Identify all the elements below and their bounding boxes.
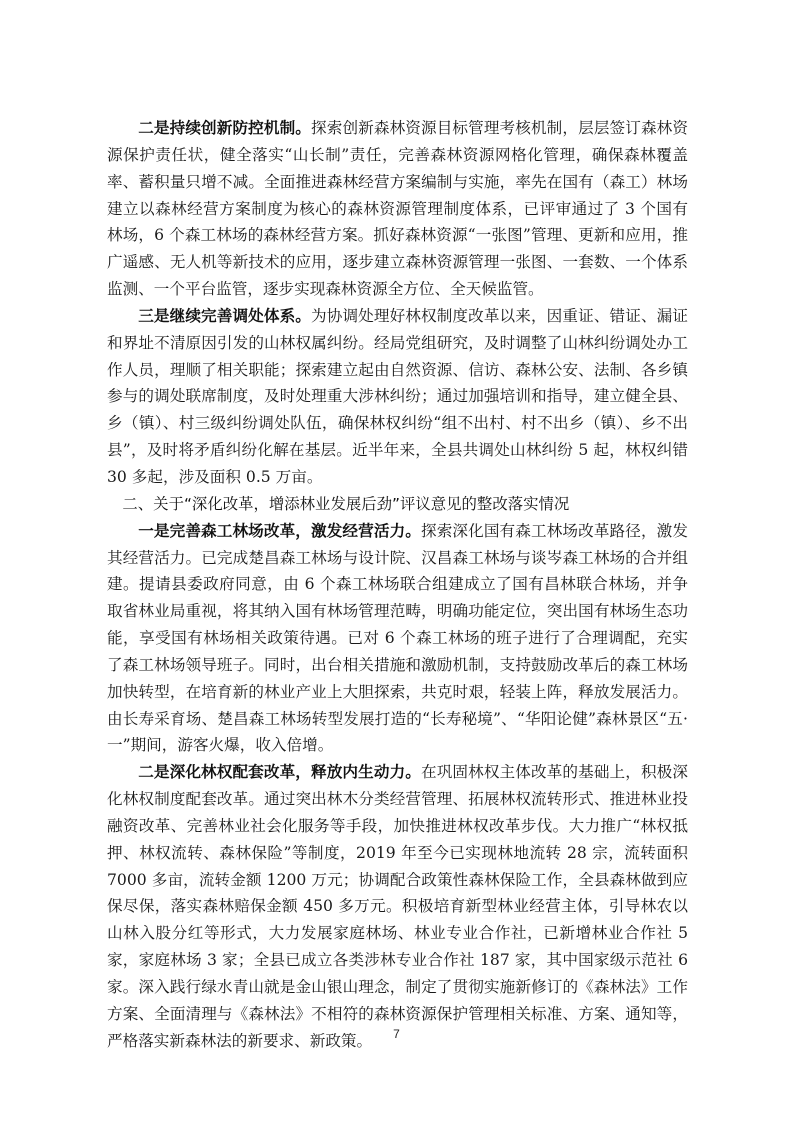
paragraph-forest-farm-reform: 一是完善森工林场改革，激发经营活力。探索深化国有森工林场改革路径，激发其经营活力… xyxy=(107,518,688,760)
paragraph-lead: 二是持续创新防控机制。 xyxy=(138,118,311,137)
paragraph-body: 在巩固林权主体改革的基础上，积极深化林权制度配套改革。通过突出林木分类经营管理、… xyxy=(107,763,688,1049)
paragraph-innovate-prevention: 二是持续创新防控机制。探索创新森林资源目标管理考核机制，层层签订森林资源保护责任… xyxy=(107,115,688,303)
section-heading: 二、关于“深化改革，增添林业发展后劲”评议意见的整改落实情况 xyxy=(107,491,688,518)
paragraph-lead: 一是完善森工林场改革，激发经营活力。 xyxy=(138,521,421,540)
paragraph-body: 为协调处理好林权制度改革以来，因重证、错证、漏证和界址不清原因引发的山林权属纠纷… xyxy=(107,307,688,486)
paragraph-forest-rights-reform: 二是深化林权配套改革，释放内生动力。在巩固林权主体改革的基础上，积极深化林权制度… xyxy=(107,759,688,1054)
paragraph-body: 探索创新森林资源目标管理考核机制，层层签订森林资源保护责任状，健全落实“山长制”… xyxy=(107,119,688,298)
paragraph-lead: 二是深化林权配套改革，释放内生动力。 xyxy=(138,762,421,781)
page-number: 7 xyxy=(0,1027,793,1041)
paragraph-lead: 三是继续完善调处体系。 xyxy=(138,306,311,325)
paragraph-dispute-mediation: 三是继续完善调处体系。为协调处理好林权制度改革以来，因重证、错证、漏证和界址不清… xyxy=(107,303,688,491)
paragraph-body: 探索深化国有森工林场改革路径，激发其经营活力。已完成楚昌森工林场与设计院、汉昌森… xyxy=(107,522,688,755)
document-page: 二是持续创新防控机制。探索创新森林资源目标管理考核机制，层层签订森林资源保护责任… xyxy=(107,115,688,1055)
